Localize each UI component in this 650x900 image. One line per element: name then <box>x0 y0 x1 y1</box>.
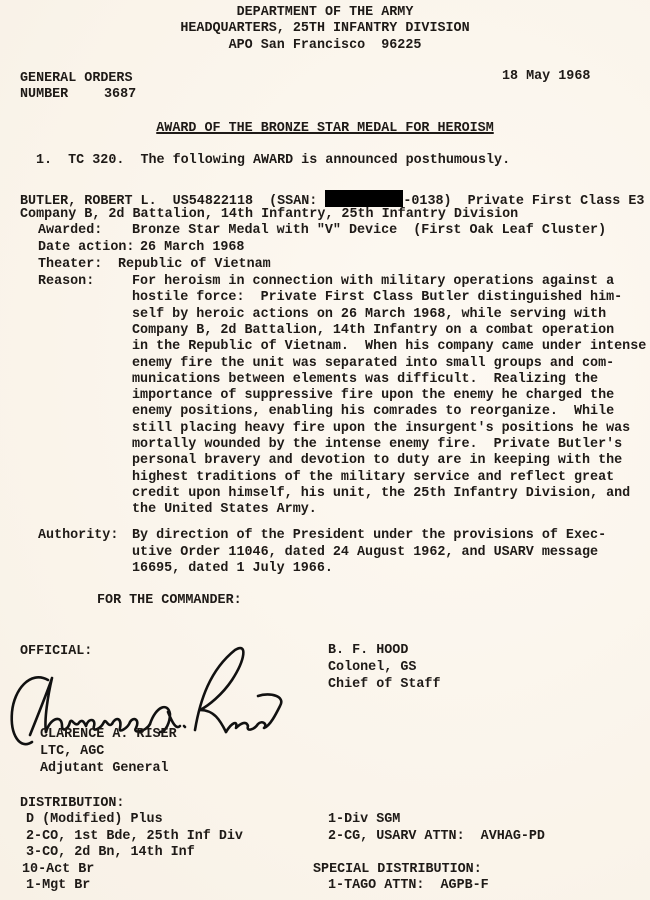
awarded-label: Awarded: <box>38 222 102 239</box>
special-distribution-label: SPECIAL DISTRIBUTION: <box>313 861 482 878</box>
distribution-item: 10-Act Br <box>22 861 94 878</box>
header-department: DEPARTMENT OF THE ARMY <box>0 4 650 21</box>
reason-line: highest traditions of the military servi… <box>132 469 614 486</box>
chief-rank: Colonel, GS <box>328 659 416 676</box>
special-distribution-item: 1-TAGO ATTN: AGPB-F <box>328 877 489 894</box>
recipient-unit: Company B, 2d Battalion, 14th Infantry, … <box>20 206 518 223</box>
award-title: AWARD OF THE BRONZE STAR MEDAL FOR HEROI… <box>0 120 650 137</box>
distribution-item: 2-CO, 1st Bde, 25th Inf Div <box>26 828 243 845</box>
order-date: 18 May 1968 <box>502 68 590 85</box>
authority-line: utive Order 11046, dated 24 August 1962,… <box>132 544 598 561</box>
reason-label: Reason: <box>38 273 94 290</box>
adjutant-rank: LTC, AGC <box>40 743 104 760</box>
distribution-item: 2-CG, USARV ATTN: AVHAG-PD <box>328 828 545 845</box>
distribution-item: 1-Mgt Br <box>26 877 90 894</box>
general-orders-label: GENERAL ORDERS <box>20 70 133 87</box>
header-apo: APO San Francisco 96225 <box>0 37 650 54</box>
reason-line: in the Republic of Vietnam. When his com… <box>132 338 646 355</box>
authority-line: 16695, dated 1 July 1966. <box>132 560 333 577</box>
reason-line: personal bravery and devotion to duty ar… <box>132 452 622 469</box>
distribution-item: 3-CO, 2d Bn, 14th Inf <box>26 844 195 861</box>
distribution-item: D (Modified) Plus <box>26 811 163 828</box>
redaction-box <box>325 190 403 207</box>
authority-label: Authority: <box>38 527 118 544</box>
theater-label: Theater: <box>38 256 102 273</box>
announcement: 1. TC 320. The following AWARD is announ… <box>36 152 510 169</box>
reason-line: hostile force: Private First Class Butle… <box>132 289 622 306</box>
distribution-label: DISTRIBUTION: <box>20 795 124 812</box>
authority-line: By direction of the President under the … <box>132 527 606 544</box>
reason-line: credit upon himself, his unit, the 25th … <box>132 485 630 502</box>
reason-line: Company B, 2d Battalion, 14th Infantry o… <box>132 322 614 339</box>
reason-line: importance of suppressive fire upon the … <box>132 387 614 404</box>
adjutant-name: CLARENCE A. RISER <box>40 726 177 743</box>
reason-line: mortally wounded by the intense enemy fi… <box>132 436 622 453</box>
date-action-label: Date action: <box>38 239 134 256</box>
reason-line: the United States Army. <box>132 501 317 518</box>
reason-line: self by heroic actions on 26 March 1968,… <box>132 306 606 323</box>
adjutant-title: Adjutant General <box>40 760 169 777</box>
header-headquarters: HEADQUARTERS, 25TH INFANTRY DIVISION <box>0 20 650 37</box>
for-the-commander: FOR THE COMMANDER: <box>97 592 242 609</box>
document-page: DEPARTMENT OF THE ARMY HEADQUARTERS, 25T… <box>0 0 650 900</box>
reason-line: enemy fire the unit was separated into s… <box>132 355 614 372</box>
chief-name: B. F. HOOD <box>328 642 408 659</box>
order-number-label: NUMBER <box>20 86 68 103</box>
reason-line: still placing heavy fire upon the insurg… <box>132 420 630 437</box>
date-action-value: 26 March 1968 <box>140 239 244 256</box>
reason-line: For heroism in connection with military … <box>132 273 614 290</box>
reason-line: enemy positions, enabling his comrades t… <box>132 403 614 420</box>
order-number: 3687 <box>104 86 136 103</box>
distribution-item: 1-Div SGM <box>328 811 400 828</box>
reason-line: munications between elements was difficu… <box>132 371 598 388</box>
awarded-value: Bronze Star Medal with "V" Device (First… <box>132 222 606 239</box>
chief-title: Chief of Staff <box>328 676 441 693</box>
theater-value: Republic of Vietnam <box>118 256 271 273</box>
